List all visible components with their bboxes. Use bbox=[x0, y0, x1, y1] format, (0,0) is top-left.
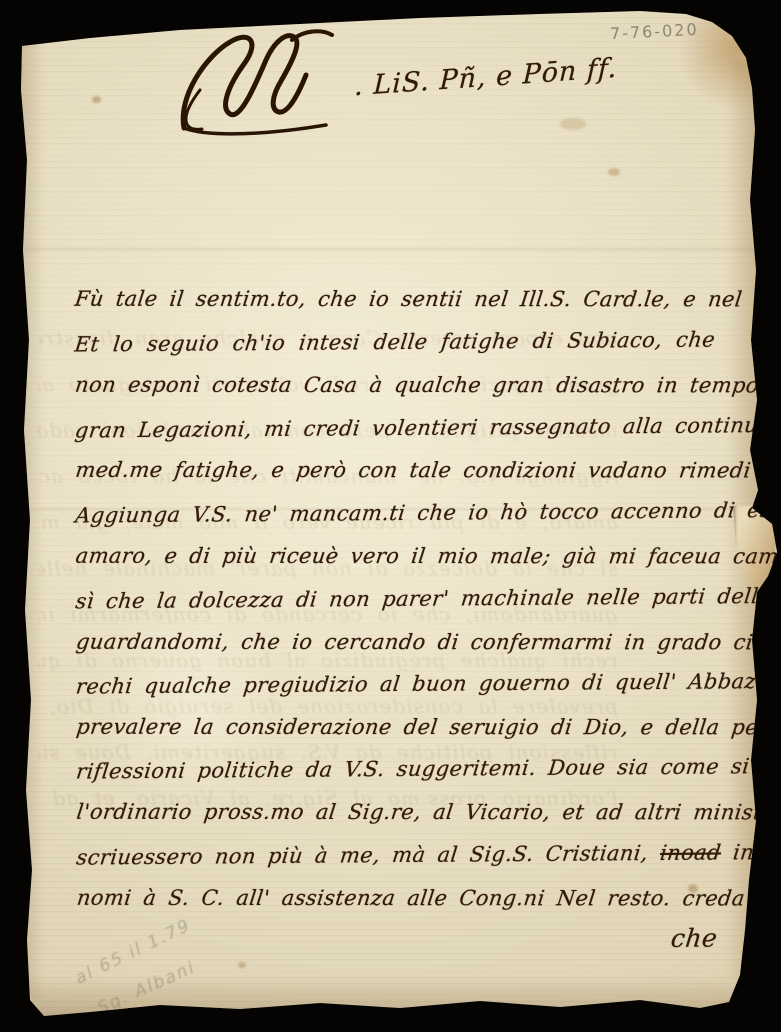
struck-word: inoad bbox=[659, 840, 723, 864]
left-edge-shading bbox=[18, 40, 44, 1000]
manuscript-line: nomi à S. C. all' assistenza alle Cong.n… bbox=[75, 885, 694, 912]
manuscript-line: Et lo seguio ch'io intesi delle fatighe … bbox=[73, 326, 716, 357]
manuscript-paper-sheet: non esponì cotesta Casa à qualche gran d… bbox=[0, 0, 781, 1032]
manuscript-line: non esponì cotesta Casa à qualche gran d… bbox=[74, 372, 717, 399]
manuscript-line: amaro, e di più riceuè vero il mio male;… bbox=[74, 543, 717, 570]
manuscript-line: rechi qualche pregiudizio al buon gouern… bbox=[75, 668, 718, 699]
body-lines: Fù tale il sentim.to, che io sentii nel … bbox=[75, 285, 725, 987]
foxing-spot bbox=[608, 168, 620, 176]
header-flourish-monogram bbox=[176, 28, 356, 138]
line-text: introducendosi solo bbox=[720, 839, 781, 865]
manuscript-line: prevalere la considerazione del seruigio… bbox=[75, 714, 718, 741]
horizontal-crease bbox=[24, 248, 754, 250]
manuscript-line: Aggiunga V.S. ne' mancam.ti che io hò to… bbox=[74, 497, 717, 528]
manuscript-line: gran Legazioni, mi credi volentieri rass… bbox=[74, 412, 717, 443]
line-text: scriuessero non più à me, mà al Sig.S. C… bbox=[75, 841, 661, 870]
manuscript-line: riflessioni politiche da V.S. suggeritem… bbox=[75, 753, 718, 784]
scanned-letter-canvas: non esponì cotesta Casa à qualche gran d… bbox=[0, 0, 781, 1032]
salutation-header: . LiS. Pñ, e Pōn ff. bbox=[176, 28, 626, 123]
manuscript-line: med.me fatighe, e però con tale condizio… bbox=[74, 457, 663, 484]
manuscript-line: guardandomi, che io cercando di conferma… bbox=[75, 629, 718, 656]
manuscript-line: Fù tale il sentim.to, che io sentii nel … bbox=[73, 286, 716, 313]
pencil-annotation: al 65 il 1.79 Sq. Albani bbox=[42, 920, 262, 1030]
manuscript-line: sì che la dolcezza di non parer' machina… bbox=[74, 584, 643, 614]
manuscript-line: scriuessero non più à me, mà al Sig.S. C… bbox=[75, 839, 718, 870]
foxing-spot bbox=[92, 96, 101, 103]
salutation-text: . LiS. Pñ, e Pōn ff. bbox=[354, 53, 618, 103]
manuscript-line: l'ordinario pross.mo al Sig.re, al Vicar… bbox=[75, 799, 718, 826]
